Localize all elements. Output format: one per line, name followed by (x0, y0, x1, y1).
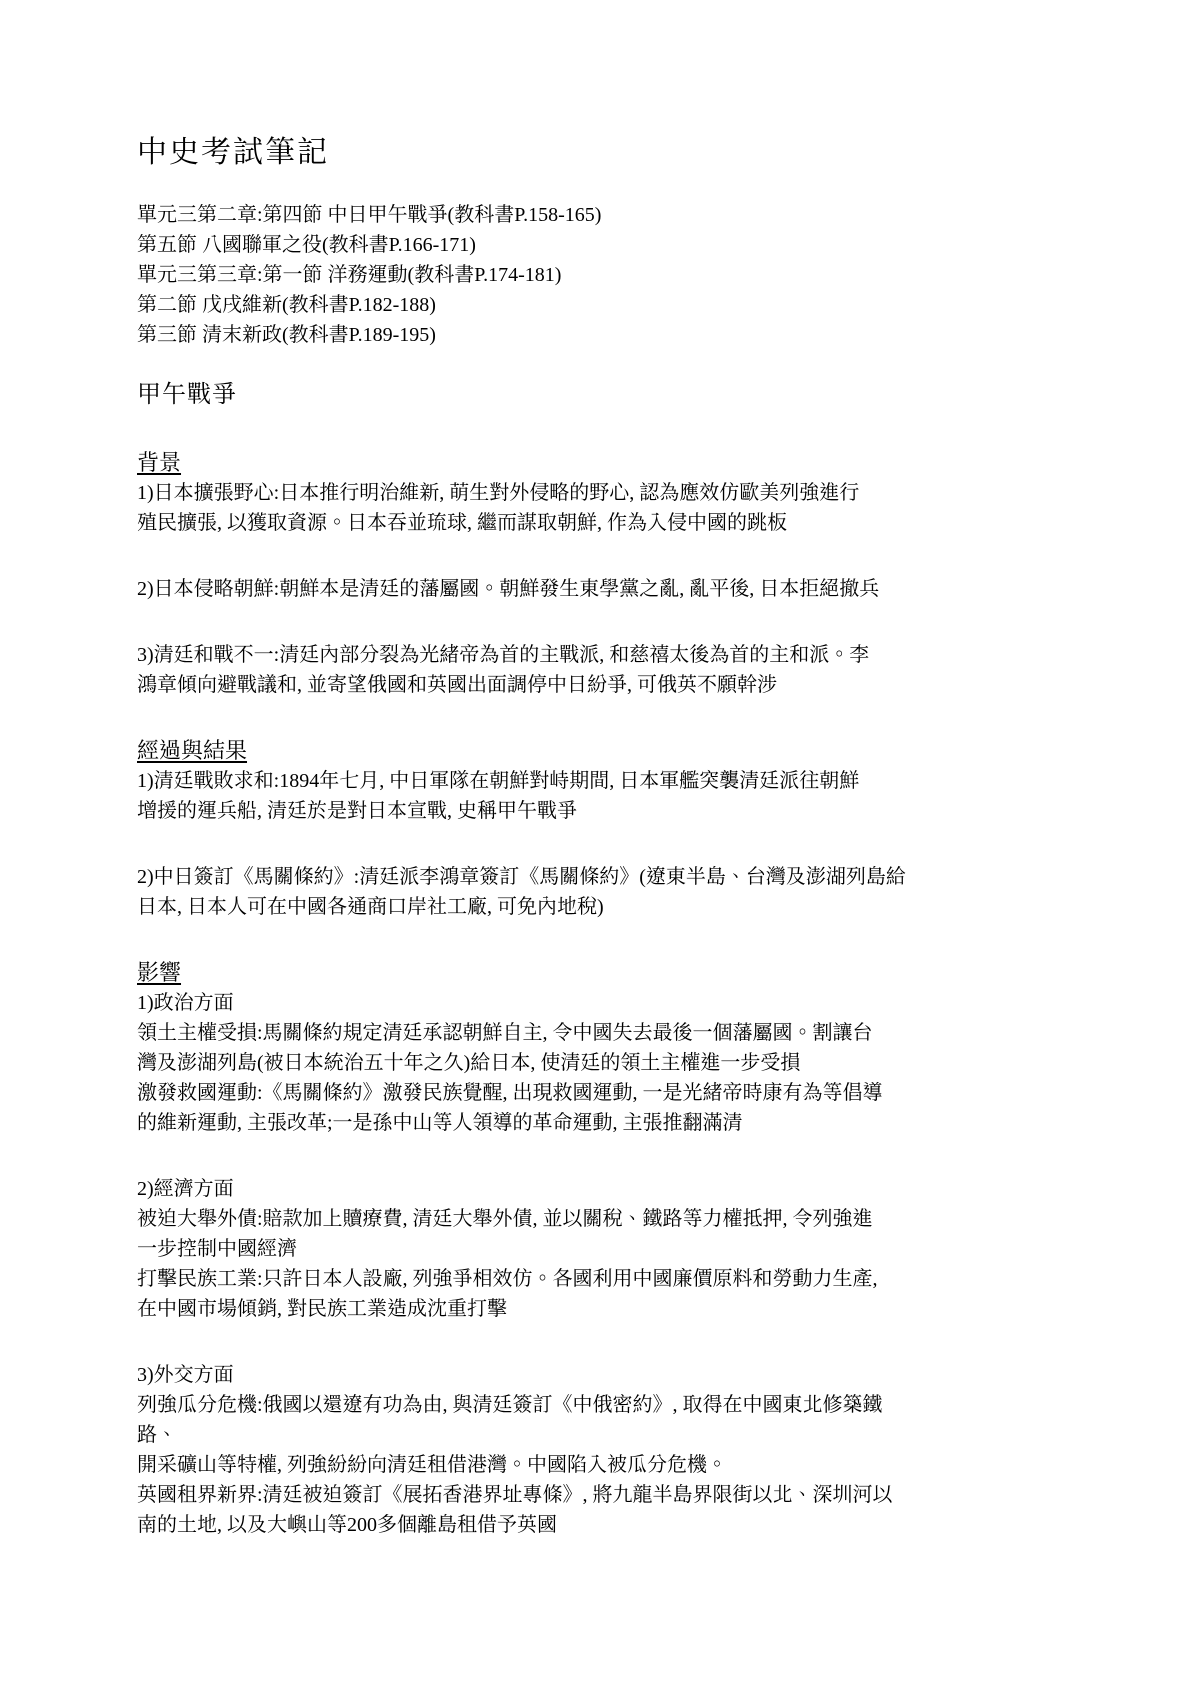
section-heading: 影響 (137, 958, 1070, 988)
topic-heading: 甲午戰爭 (137, 378, 1070, 412)
subsection-label: 1)政治方面 (137, 988, 1070, 1018)
text-line: 的維新運動, 主張改革;一是孫中山等人領導的革命運動, 主張推翻滿清 (137, 1108, 1070, 1138)
section-impact: 影響 1)政治方面 領土主權受損:馬關條約規定清廷承認朝鮮自主, 令中國失去最後… (137, 958, 1070, 1540)
syllabus-line: 單元三第三章:第一節 洋務運動(教科書P.174-181) (137, 260, 1070, 290)
section-background: 背景 1)日本擴張野心:日本推行明治維新, 萌生對外侵略的野心, 認為應效仿歐美… (137, 448, 1070, 700)
syllabus-line: 第三節 清末新政(教科書P.189-195) (137, 320, 1070, 350)
section-heading: 經過與結果 (137, 736, 1070, 766)
syllabus-block: 單元三第二章:第四節 中日甲午戰爭(教科書P.158-165) 第五節 八國聯軍… (137, 200, 1070, 350)
paragraph: 1)清廷戰敗求和:1894年七月, 中日軍隊在朝鮮對峙期間, 日本軍艦突襲清廷派… (137, 766, 1070, 826)
text-line: 一步控制中國經濟 (137, 1234, 1070, 1264)
paragraph: 3)清廷和戰不一:清廷內部分裂為光緒帝為首的主戰派, 和慈禧太後為首的主和派。李… (137, 640, 1070, 700)
text-line: 2)中日簽訂《馬關條約》:清廷派李鴻章簽訂《馬關條約》(遼東半島、台灣及澎湖列島… (137, 862, 1070, 892)
paragraph: 2)中日簽訂《馬關條約》:清廷派李鴻章簽訂《馬關條約》(遼東半島、台灣及澎湖列島… (137, 862, 1070, 922)
text-line: 英國租界新界:清廷被迫簽訂《展拓香港界址專條》, 將九龍半島界限街以北、深圳河以 (137, 1480, 1070, 1510)
syllabus-line: 第二節 戊戌維新(教科書P.182-188) (137, 290, 1070, 320)
syllabus-line: 單元三第二章:第四節 中日甲午戰爭(教科書P.158-165) (137, 200, 1070, 230)
subsection-label: 3)外交方面 (137, 1360, 1070, 1390)
text-line: 增援的運兵船, 清廷於是對日本宣戰, 史稱甲午戰爭 (137, 796, 1070, 826)
text-line: 列強瓜分危機:俄國以還遼有功為由, 與清廷簽訂《中俄密約》, 取得在中國東北修築… (137, 1390, 1070, 1420)
paragraph-political: 1)政治方面 領土主權受損:馬關條約規定清廷承認朝鮮自主, 令中國失去最後一個藩… (137, 988, 1070, 1138)
paragraph-diplomatic: 3)外交方面 列強瓜分危機:俄國以還遼有功為由, 與清廷簽訂《中俄密約》, 取得… (137, 1360, 1070, 1540)
section-heading: 背景 (137, 448, 1070, 478)
subsection-label: 2)經濟方面 (137, 1174, 1070, 1204)
text-line: 殖民擴張, 以獲取資源。日本吞並琉球, 繼而謀取朝鮮, 作為入侵中國的跳板 (137, 508, 1070, 538)
text-line: 3)清廷和戰不一:清廷內部分裂為光緒帝為首的主戰派, 和慈禧太後為首的主和派。李 (137, 640, 1070, 670)
paragraph-economic: 2)經濟方面 被迫大舉外債:賠款加上贖療費, 清廷大舉外債, 並以關稅、鐵路等力… (137, 1174, 1070, 1324)
text-line: 激發救國運動:《馬關條約》激發民族覺醒, 出現救國運動, 一是光緒帝時康有為等倡… (137, 1078, 1070, 1108)
text-line: 灣及澎湖列島(被日本統治五十年之久)給日本, 使清廷的領土主權進一步受損 (137, 1048, 1070, 1078)
text-line: 日本, 日本人可在中國各通商口岸社工廠, 可免內地稅) (137, 892, 1070, 922)
text-line: 開采礦山等特權, 列強紛紛向清廷租借港灣。中國陷入被瓜分危機。 (137, 1450, 1070, 1480)
text-line: 1)日本擴張野心:日本推行明治維新, 萌生對外侵略的野心, 認為應效仿歐美列強進… (137, 478, 1070, 508)
text-line: 路、 (137, 1420, 1070, 1450)
syllabus-line: 第五節 八國聯軍之役(教科書P.166-171) (137, 230, 1070, 260)
section-course-and-result: 經過與結果 1)清廷戰敗求和:1894年七月, 中日軍隊在朝鮮對峙期間, 日本軍… (137, 736, 1070, 922)
text-line: 打擊民族工業:只許日本人設廠, 列強爭相效仿。各國利用中國廉價原料和勞動力生產, (137, 1264, 1070, 1294)
text-line: 鴻章傾向避戰議和, 並寄望俄國和英國出面調停中日紛爭, 可俄英不願幹涉 (137, 670, 1070, 700)
document-page: 中史考試筆記 單元三第二章:第四節 中日甲午戰爭(教科書P.158-165) 第… (0, 0, 1200, 1694)
text-line: 南的土地, 以及大嶼山等200多個離島租借予英國 (137, 1510, 1070, 1540)
text-line: 1)清廷戰敗求和:1894年七月, 中日軍隊在朝鮮對峙期間, 日本軍艦突襲清廷派… (137, 766, 1070, 796)
paragraph: 1)日本擴張野心:日本推行明治維新, 萌生對外侵略的野心, 認為應效仿歐美列強進… (137, 478, 1070, 538)
document-title: 中史考試筆記 (137, 134, 1070, 172)
text-line: 領土主權受損:馬關條約規定清廷承認朝鮮自主, 令中國失去最後一個藩屬國。割讓台 (137, 1018, 1070, 1048)
text-line: 2)日本侵略朝鮮:朝鮮本是清廷的藩屬國。朝鮮發生東學黨之亂, 亂平後, 日本拒絕… (137, 574, 1070, 604)
text-line: 被迫大舉外債:賠款加上贖療費, 清廷大舉外債, 並以關稅、鐵路等力權抵押, 令列… (137, 1204, 1070, 1234)
paragraph: 2)日本侵略朝鮮:朝鮮本是清廷的藩屬國。朝鮮發生東學黨之亂, 亂平後, 日本拒絕… (137, 574, 1070, 604)
text-line: 在中國市場傾銷, 對民族工業造成沈重打擊 (137, 1294, 1070, 1324)
